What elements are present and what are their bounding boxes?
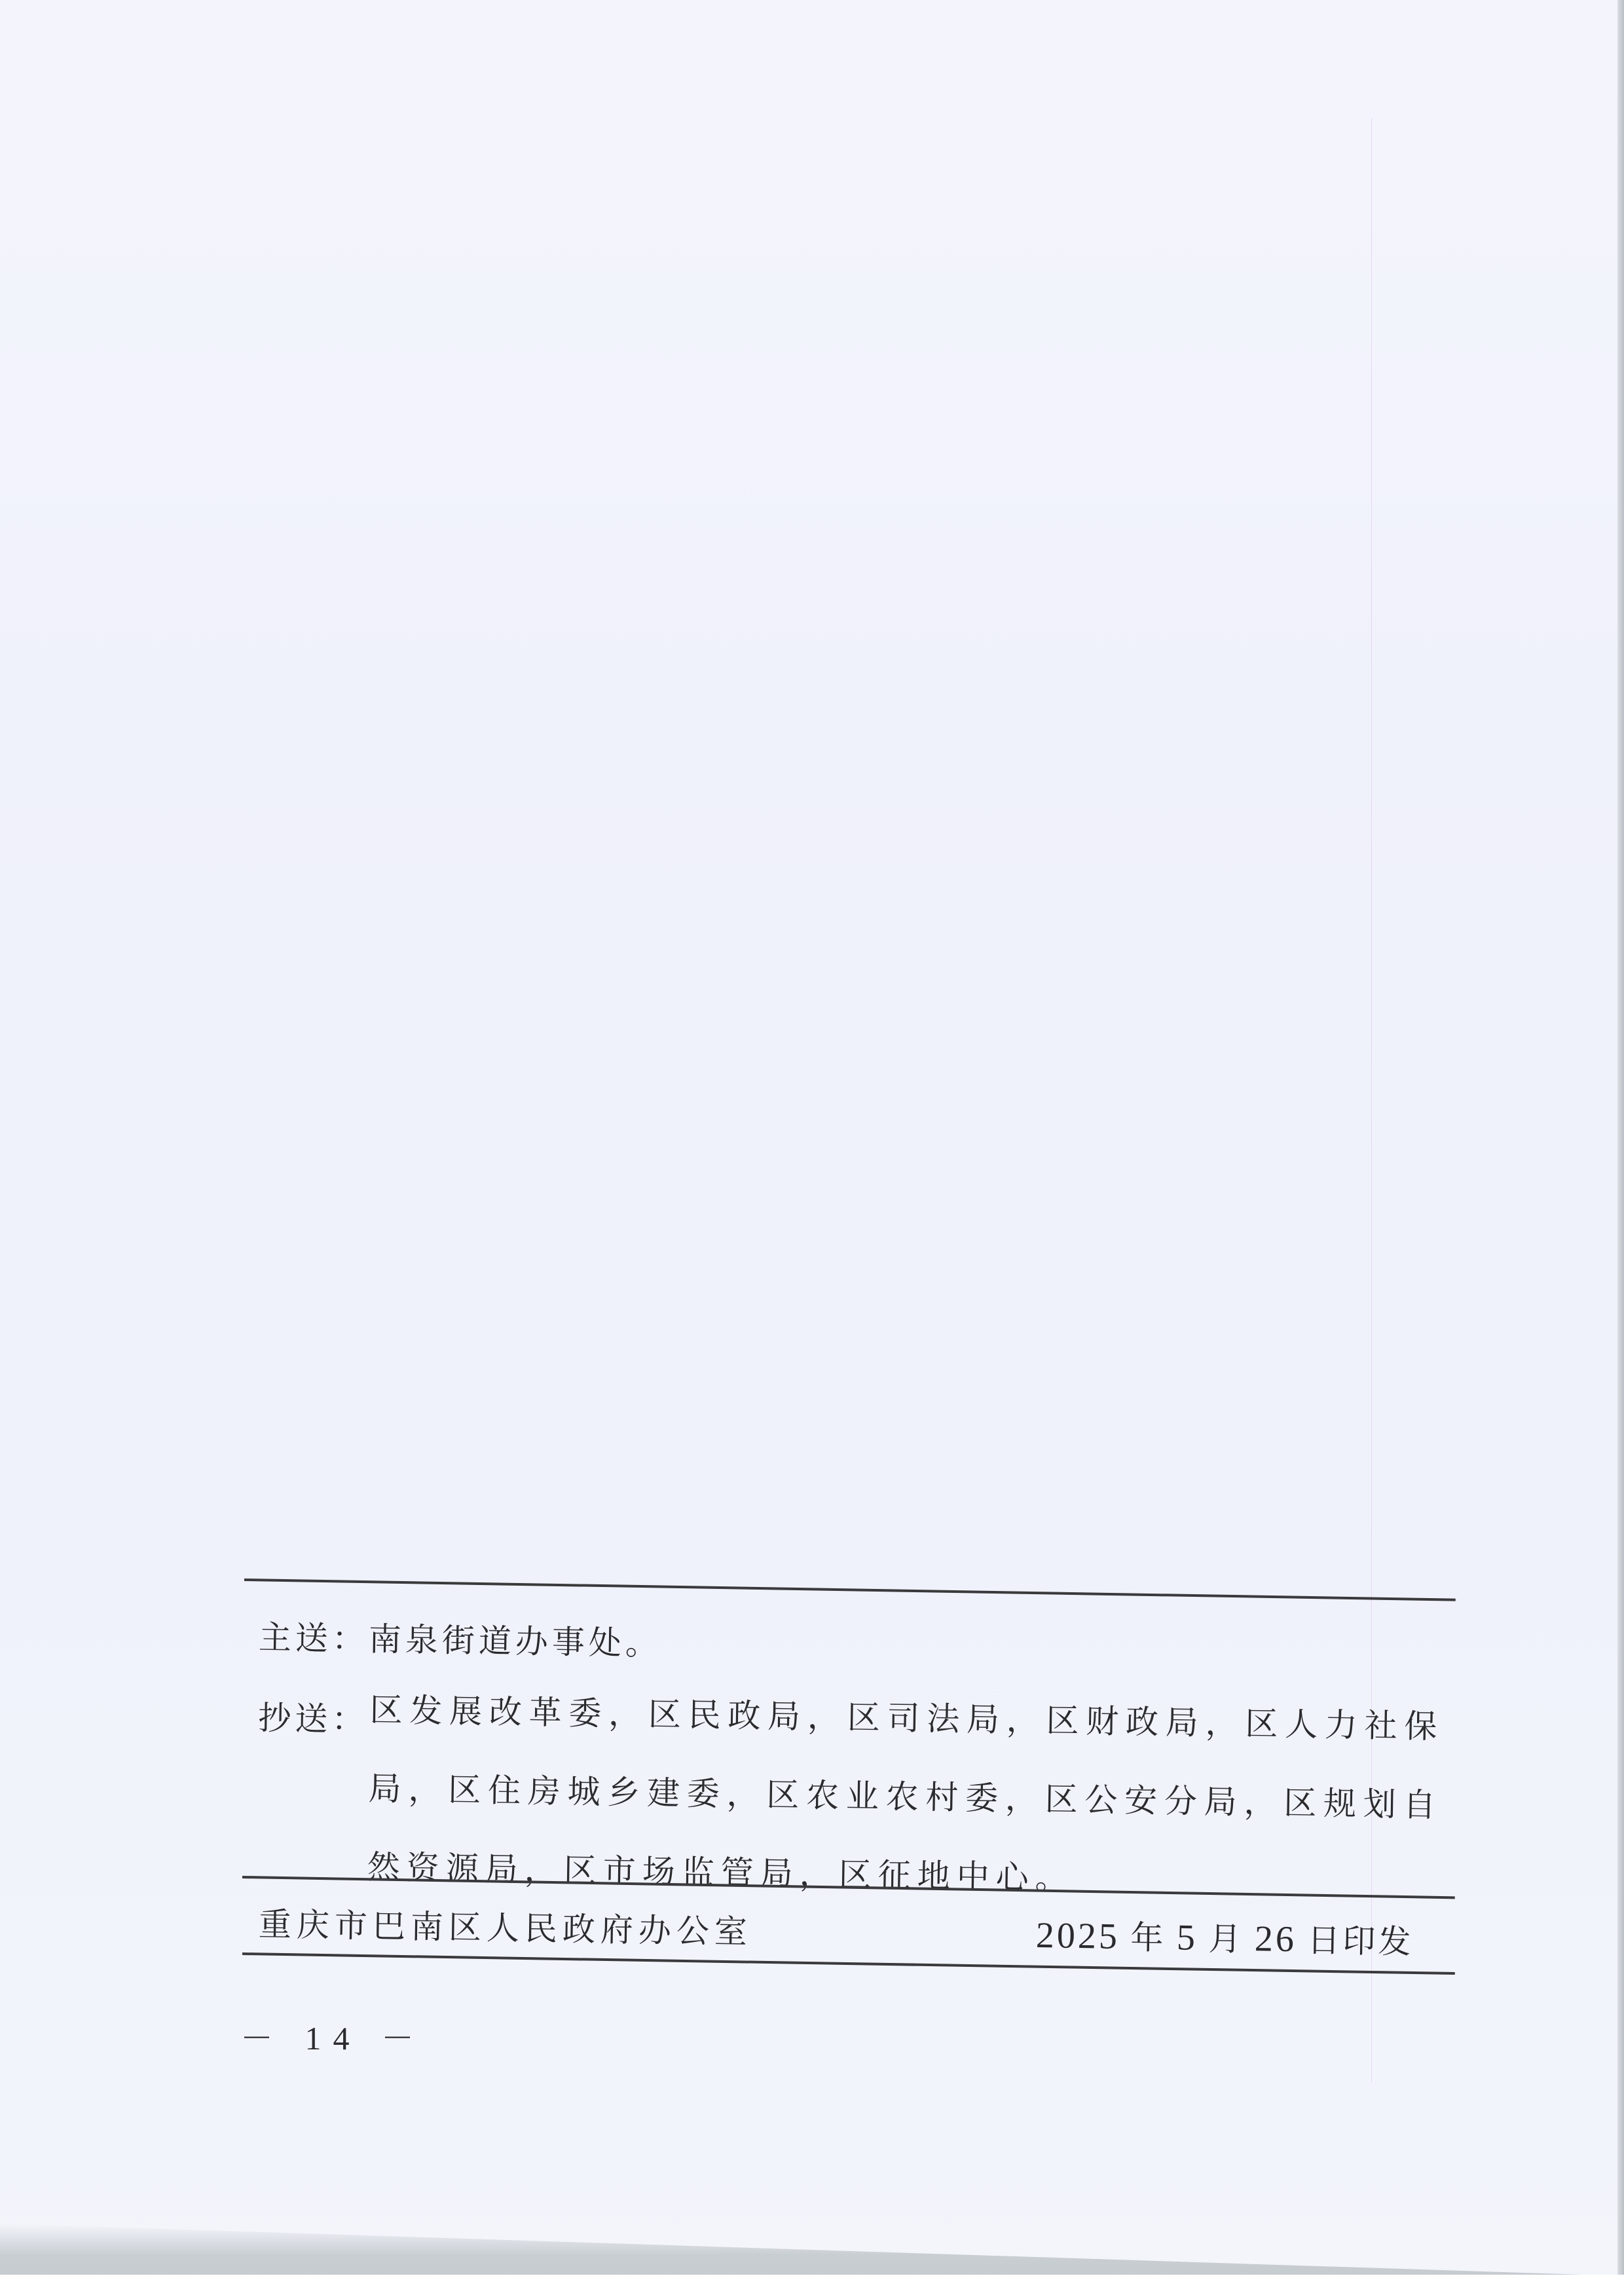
main-send-label: 主送： [258, 1618, 369, 1658]
scan-margin [0, 2275, 1624, 2295]
issuing-office: 重庆市巴南区人民政府办公室 [258, 1898, 752, 1953]
document-page: 主送：南泉街道办事处。 抄送： 区发展改革委，区民政局，区司法局，区财政局，区人… [0, 0, 1624, 2295]
carbon-copy-label: 抄送： [258, 1692, 369, 1741]
issue-date: 2025 年 5 月 26 日印发 [1035, 1910, 1414, 1963]
issue-month-unit: 月 [1208, 1920, 1244, 1958]
issue-month: 5 [1176, 1917, 1198, 1958]
issue-day: 26 [1254, 1918, 1297, 1960]
main-send-line: 主送：南泉街道办事处。 [258, 1611, 662, 1665]
issue-year: 2025 [1035, 1915, 1120, 1957]
issue-day-unit: 日 [1307, 1922, 1343, 1960]
page-number: － 14 － [240, 2012, 426, 2059]
page-edge [1617, 0, 1624, 2275]
main-send-recipients: 南泉街道办事处。 [368, 1620, 662, 1663]
carbon-copy-block: 抄送： 区发展改革委，区民政局，区司法局，区财政局，区人力社保局，区住房城乡建委… [259, 1692, 1457, 1711]
carbon-copy-recipients: 区发展改革委，区民政局，区司法局，区财政局，区人力社保局，区住房城乡建委，区农业… [367, 1671, 1444, 1924]
issue-year-unit: 年 [1130, 1919, 1166, 1956]
issue-suffix: 印发 [1342, 1922, 1414, 1960]
scan-shadow [0, 2224, 1624, 2276]
divider-top [244, 1578, 1456, 1601]
